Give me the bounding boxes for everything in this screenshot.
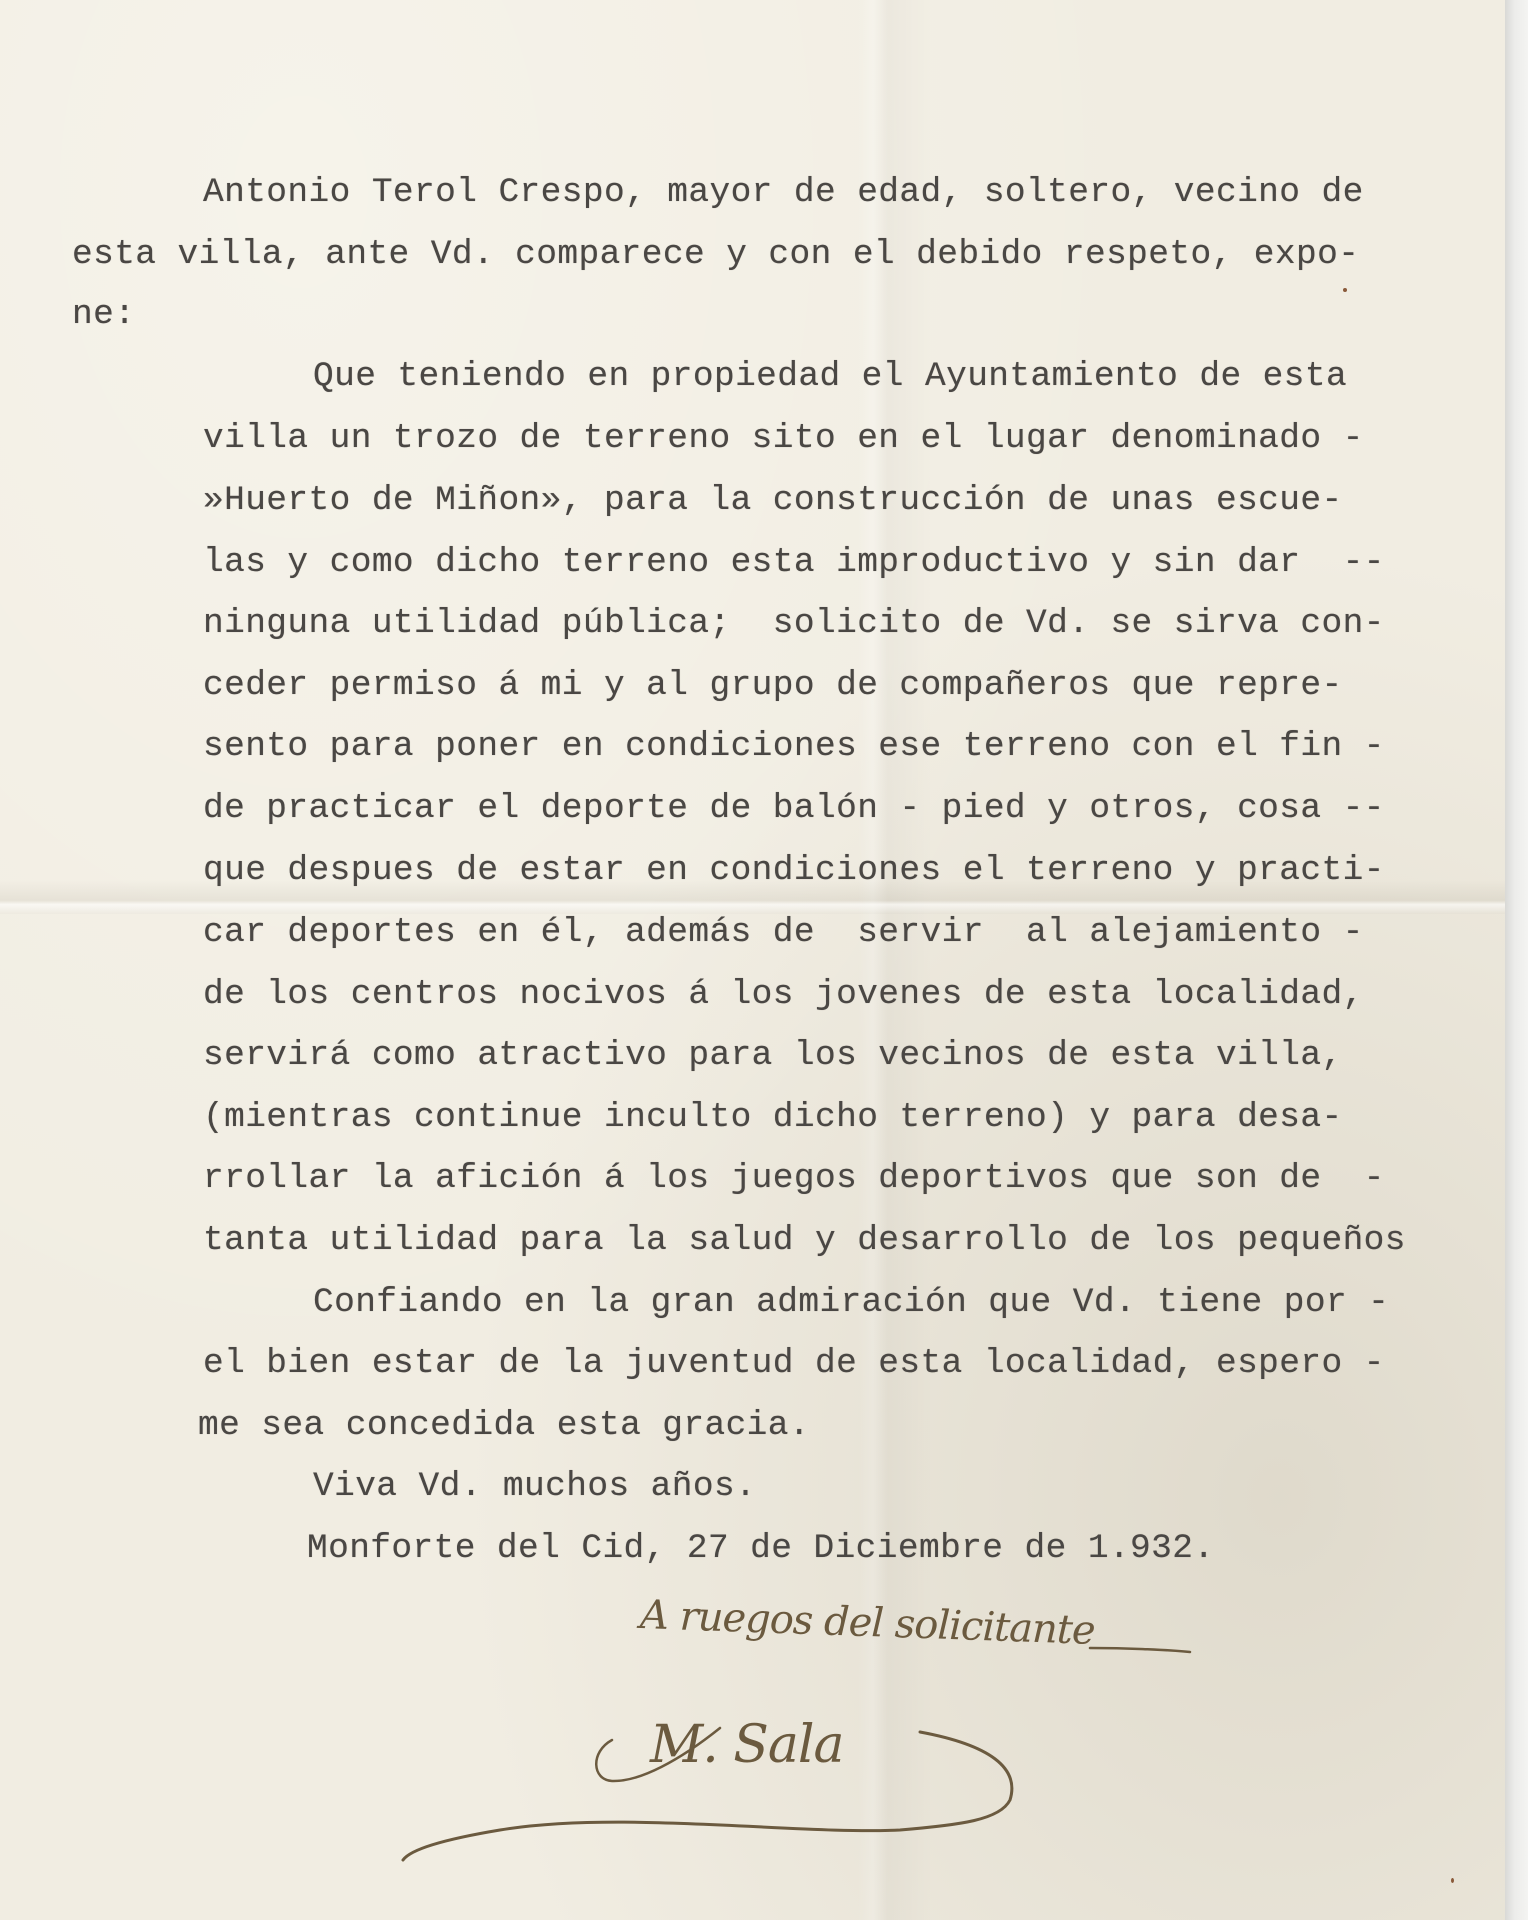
- body-line: (mientras continue inculto dicho terreno…: [203, 1101, 1343, 1136]
- body-line: de practicar el deporte de balón - pied …: [203, 792, 1385, 827]
- body-line: villa un trozo de terreno sito en el lug…: [203, 422, 1364, 457]
- body-line: Antonio Terol Crespo, mayor de edad, sol…: [203, 176, 1364, 211]
- body-line: ceder permiso á mi y al grupo de compañe…: [203, 669, 1343, 704]
- body-line: »Huerto de Miñon», para la construcción …: [203, 484, 1343, 519]
- body-line: me sea concedida esta gracia.: [198, 1409, 810, 1444]
- body-line: ne:: [72, 298, 135, 333]
- body-line: car deportes en él, además de servir al …: [203, 916, 1364, 951]
- body-line: esta villa, ante Vd. comparece y con el …: [72, 238, 1359, 273]
- body-line: de los centros nocivos á los jovenes de …: [203, 978, 1364, 1013]
- body-line: Que teniendo en propiedad el Ayuntamient…: [313, 360, 1347, 395]
- body-line: sento para poner en condiciones ese terr…: [203, 730, 1385, 765]
- body-line: tanta utilidad para la salud y desarroll…: [203, 1224, 1406, 1259]
- body-line: las y como dicho terreno esta improducti…: [203, 546, 1385, 581]
- body-line: Confiando en la gran admiración que Vd. …: [313, 1286, 1389, 1321]
- closing-salutation: Viva Vd. muchos años.: [313, 1470, 756, 1505]
- body-line: rrollar la afición á los juegos deportiv…: [203, 1162, 1385, 1197]
- place-and-date: Monforte del Cid, 27 de Diciembre de 1.9…: [307, 1532, 1214, 1567]
- ink-speck: [1343, 288, 1347, 292]
- body-line: que despues de estar en condiciones el t…: [203, 854, 1385, 889]
- scan-background-edge: [1505, 0, 1528, 1920]
- ink-speck: [1451, 1878, 1454, 1883]
- body-line: ninguna utilidad pública; solicito de Vd…: [203, 607, 1385, 642]
- typed-letter-body: Antonio Terol Crespo, mayor de edad, sol…: [0, 0, 1505, 1053]
- body-line: servirá como atractivo para los vecinos …: [203, 1039, 1343, 1074]
- body-line: el bien estar de la juventud de esta loc…: [203, 1347, 1385, 1382]
